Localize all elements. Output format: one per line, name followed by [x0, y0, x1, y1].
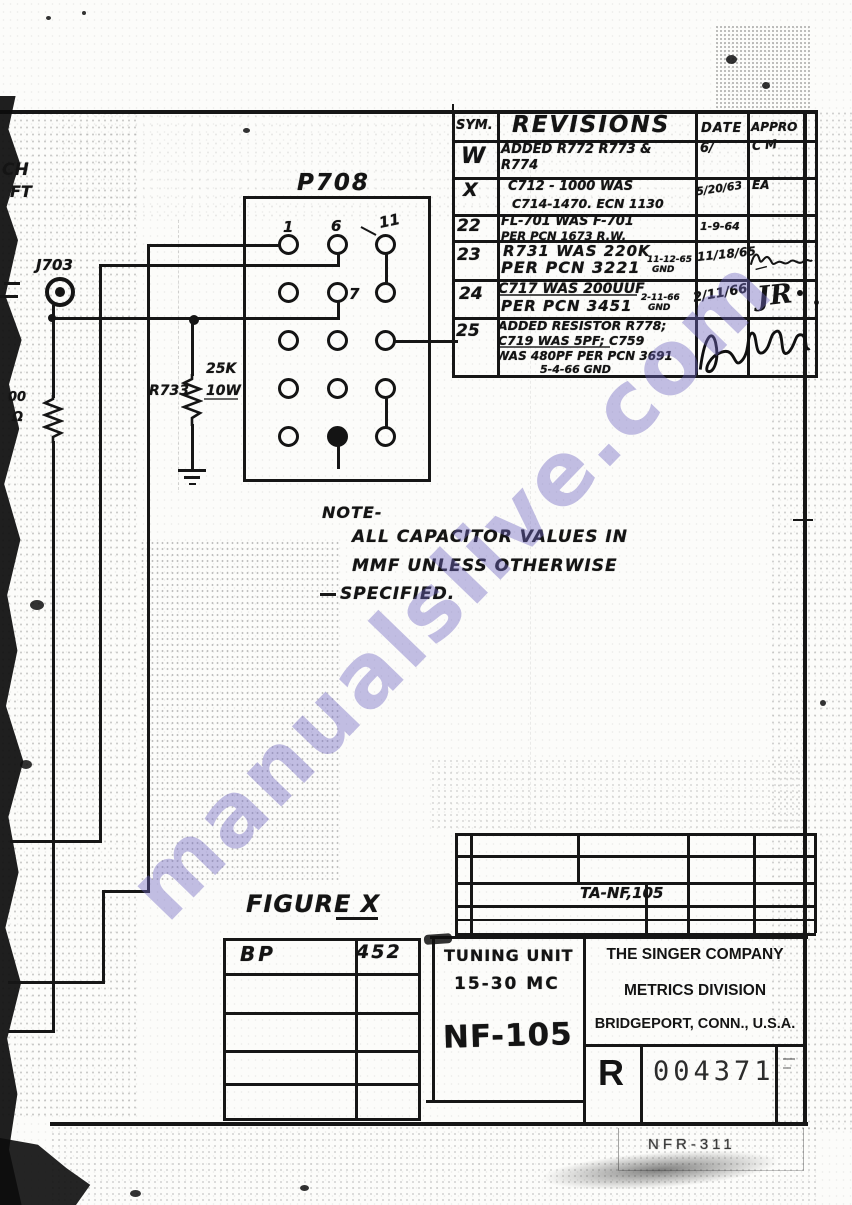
dashed-lead	[0, 295, 18, 298]
bp-label: BP	[240, 942, 276, 966]
connector-label: P708	[297, 170, 370, 196]
faint-mark	[783, 1067, 791, 1069]
margin-fragment-ch: CH	[2, 160, 29, 180]
revision-row-date: 5/20/63	[695, 179, 743, 198]
approval-signature-jr: JR	[755, 278, 793, 313]
title-block-line	[775, 1044, 778, 1122]
wire	[52, 441, 55, 1033]
parts-table-line	[455, 905, 816, 908]
connector-pin	[327, 330, 348, 351]
left-resistor-label: Ω	[12, 410, 23, 425]
connector-pin	[278, 234, 299, 255]
scan-speck	[20, 760, 32, 769]
parts-table-entry: TA-NF,105	[580, 884, 663, 902]
company-division: METRICS DIVISION	[585, 982, 805, 1000]
connector-pin	[375, 426, 396, 447]
pin-label-6: 6	[331, 217, 341, 235]
drawing-number: 004371	[653, 1056, 775, 1087]
revisions-header-appr: APPRO	[751, 120, 797, 134]
faint-mark	[783, 1058, 795, 1060]
jack-center	[55, 287, 65, 297]
bp-table-line	[223, 938, 226, 1121]
revision-row-sym: 22	[457, 216, 481, 236]
wire	[148, 244, 281, 247]
company-name: THE SINGER COMPANY	[585, 946, 805, 964]
scan-speck	[762, 82, 770, 89]
scan-speck	[130, 1190, 141, 1197]
wire	[191, 318, 194, 376]
border-tick	[452, 104, 454, 114]
bp-table-line	[223, 1012, 421, 1015]
pin-label-7: 7	[349, 285, 359, 303]
wire	[102, 890, 105, 983]
wire	[337, 444, 340, 469]
note-dash	[320, 593, 336, 596]
bp-table-line	[223, 1118, 421, 1121]
revision-row-sym: W	[461, 144, 485, 169]
revisions-header-title: REVISIONS	[512, 112, 670, 138]
connector-pin	[278, 282, 299, 303]
revision-row-note: 5-4-66 GND	[540, 363, 611, 376]
connector-pin	[375, 330, 396, 351]
scan-speck	[814, 300, 819, 305]
title-block-line	[640, 1044, 643, 1122]
dashed-lead	[4, 282, 20, 285]
r733-wattage: 10W	[206, 383, 241, 399]
revision-row-text: C714-1470. ECN 1130	[512, 196, 664, 211]
revision-row-text: ADDED R772 R773 &	[501, 142, 652, 157]
ink-dot	[797, 290, 803, 296]
bottom-border	[50, 1122, 808, 1126]
scan-speck	[300, 1185, 309, 1191]
scanned-schematic-page: CH FT SYM. REVISIONS DATE APPRO W ADDED …	[0, 0, 852, 1205]
connector-box	[243, 196, 431, 199]
left-scan-edge	[0, 96, 30, 1205]
ground-symbol	[189, 483, 196, 485]
scan-smear	[539, 1144, 781, 1197]
underline	[498, 346, 610, 348]
parts-table-line	[753, 833, 756, 933]
unit-model: NF-105	[443, 1016, 574, 1055]
revision-row-sym: 23	[457, 245, 481, 265]
wire	[385, 397, 388, 429]
parts-table-line	[814, 833, 817, 933]
scan-noise	[715, 25, 810, 110]
bp-table-line	[355, 938, 358, 1121]
connector-pin	[278, 426, 299, 447]
revision-row-appr: EA	[752, 178, 769, 192]
bp-table-line	[418, 938, 421, 1121]
connector-pin	[375, 378, 396, 399]
figure-underline	[336, 917, 378, 920]
bottom-left-blob	[0, 1138, 95, 1205]
scan-speck	[46, 16, 51, 20]
revision-row-text: PER PCN 1673 R.W.	[501, 229, 626, 243]
left-resistor-label: 00	[8, 390, 26, 405]
pin-label-1: 1	[283, 218, 293, 236]
parts-table-line	[470, 833, 473, 933]
revision-row-date: 1-9-64	[700, 220, 740, 233]
r733-value: 25K	[206, 361, 236, 377]
junction-dot	[48, 314, 56, 322]
strike-line	[204, 398, 238, 400]
revision-row-text: R774	[501, 158, 538, 173]
bp-table-line	[223, 973, 421, 976]
parts-table-line	[455, 833, 816, 836]
unit-range: 15-30 MC	[454, 974, 560, 994]
revision-row-text: C712 - 1000 WAS	[508, 179, 633, 194]
title-block-line	[432, 936, 435, 1102]
wire	[8, 1030, 55, 1033]
revision-row-note: 2-11-66	[641, 293, 680, 303]
wire	[8, 981, 105, 984]
note-line: SPECIFIED.	[340, 584, 455, 604]
revision-row-sym: 25	[456, 321, 480, 341]
paper-crease	[178, 220, 179, 490]
bp-number: 452	[356, 941, 402, 963]
connector-pin	[278, 330, 299, 351]
wire	[99, 264, 102, 843]
wire-to-revision-25	[394, 340, 458, 343]
bp-table-line	[223, 1050, 421, 1053]
strike-line	[499, 294, 637, 296]
ground-symbol	[184, 476, 200, 479]
scan-speck	[820, 700, 826, 706]
wire	[103, 890, 150, 893]
connector-box	[243, 196, 246, 482]
revision-row-sym: X	[463, 179, 478, 201]
unit-title: TUNING UNIT	[444, 946, 574, 965]
scan-speck	[30, 600, 44, 610]
margin-fragment-ft: FT	[10, 182, 32, 201]
revision-row-sym: 24	[459, 284, 483, 304]
wire	[191, 424, 194, 470]
parts-table-line	[455, 855, 816, 858]
scan-speck	[726, 55, 737, 64]
note-line: MMF UNLESS OTHERWISE	[352, 556, 618, 576]
scan-noise	[430, 758, 810, 830]
figure-label: FIGURE X	[246, 890, 380, 918]
resistor-zigzag	[42, 395, 64, 443]
revision-row-text: WAS 480PF PER PCN 3691	[496, 349, 673, 363]
ground-symbol	[178, 469, 206, 472]
revisions-header-date: DATE	[701, 121, 742, 136]
revision-row-note: 11-12-65	[647, 255, 692, 265]
connector-box	[243, 479, 431, 482]
parts-table-line	[577, 833, 580, 882]
revisions-header-sym: SYM.	[456, 118, 493, 133]
jack-label: J703	[36, 256, 73, 274]
approval-signature-large	[692, 310, 817, 382]
revision-row-text: FL-701 WAS F-701	[501, 214, 634, 229]
border-tick	[793, 519, 813, 521]
resistor-zigzag	[181, 374, 203, 426]
note-title: NOTE-	[322, 503, 382, 522]
revision-row-text: PER PCN 3451	[501, 297, 633, 315]
revision-row-text: ADDED RESISTOR R778;	[498, 318, 666, 333]
pin-11-leader-line	[361, 226, 377, 236]
scan-noise	[140, 540, 340, 880]
company-location: BRIDGEPORT, CONN., U.S.A.	[583, 1016, 807, 1032]
revision-row-note: GND	[648, 303, 670, 313]
parts-table-line	[455, 833, 458, 933]
approval-signature	[748, 244, 814, 276]
title-block-line	[426, 1100, 583, 1103]
revision-letter: R	[598, 1052, 624, 1094]
parts-table-line	[455, 919, 816, 921]
title-block-line	[430, 936, 808, 939]
parts-table-line	[687, 833, 690, 933]
connector-pin	[375, 282, 396, 303]
r733-name: R733	[149, 383, 189, 399]
connector-box	[428, 196, 431, 482]
revision-row-note: GND	[652, 265, 674, 275]
connector-pin	[278, 378, 299, 399]
wire	[10, 840, 102, 843]
paper-crease	[530, 115, 531, 830]
connector-pin	[327, 378, 348, 399]
note-line: ALL CAPACITOR VALUES IN	[352, 527, 628, 547]
wire	[99, 264, 339, 267]
revision-row-appr: C M	[751, 137, 777, 153]
revision-row-text: PER PCN 3221	[501, 258, 641, 277]
connector-pin	[375, 234, 396, 255]
title-block-line	[583, 1044, 806, 1047]
wire	[385, 253, 388, 285]
pin-label-11: 11	[377, 210, 401, 232]
scan-speck	[82, 11, 86, 15]
name-smudge	[424, 933, 453, 945]
wire	[147, 244, 150, 892]
revision-row-date: 6/	[700, 141, 714, 156]
bp-table-line	[223, 1083, 421, 1086]
revision-row-date: 2/11/66	[692, 281, 749, 305]
scan-speck	[243, 128, 250, 133]
